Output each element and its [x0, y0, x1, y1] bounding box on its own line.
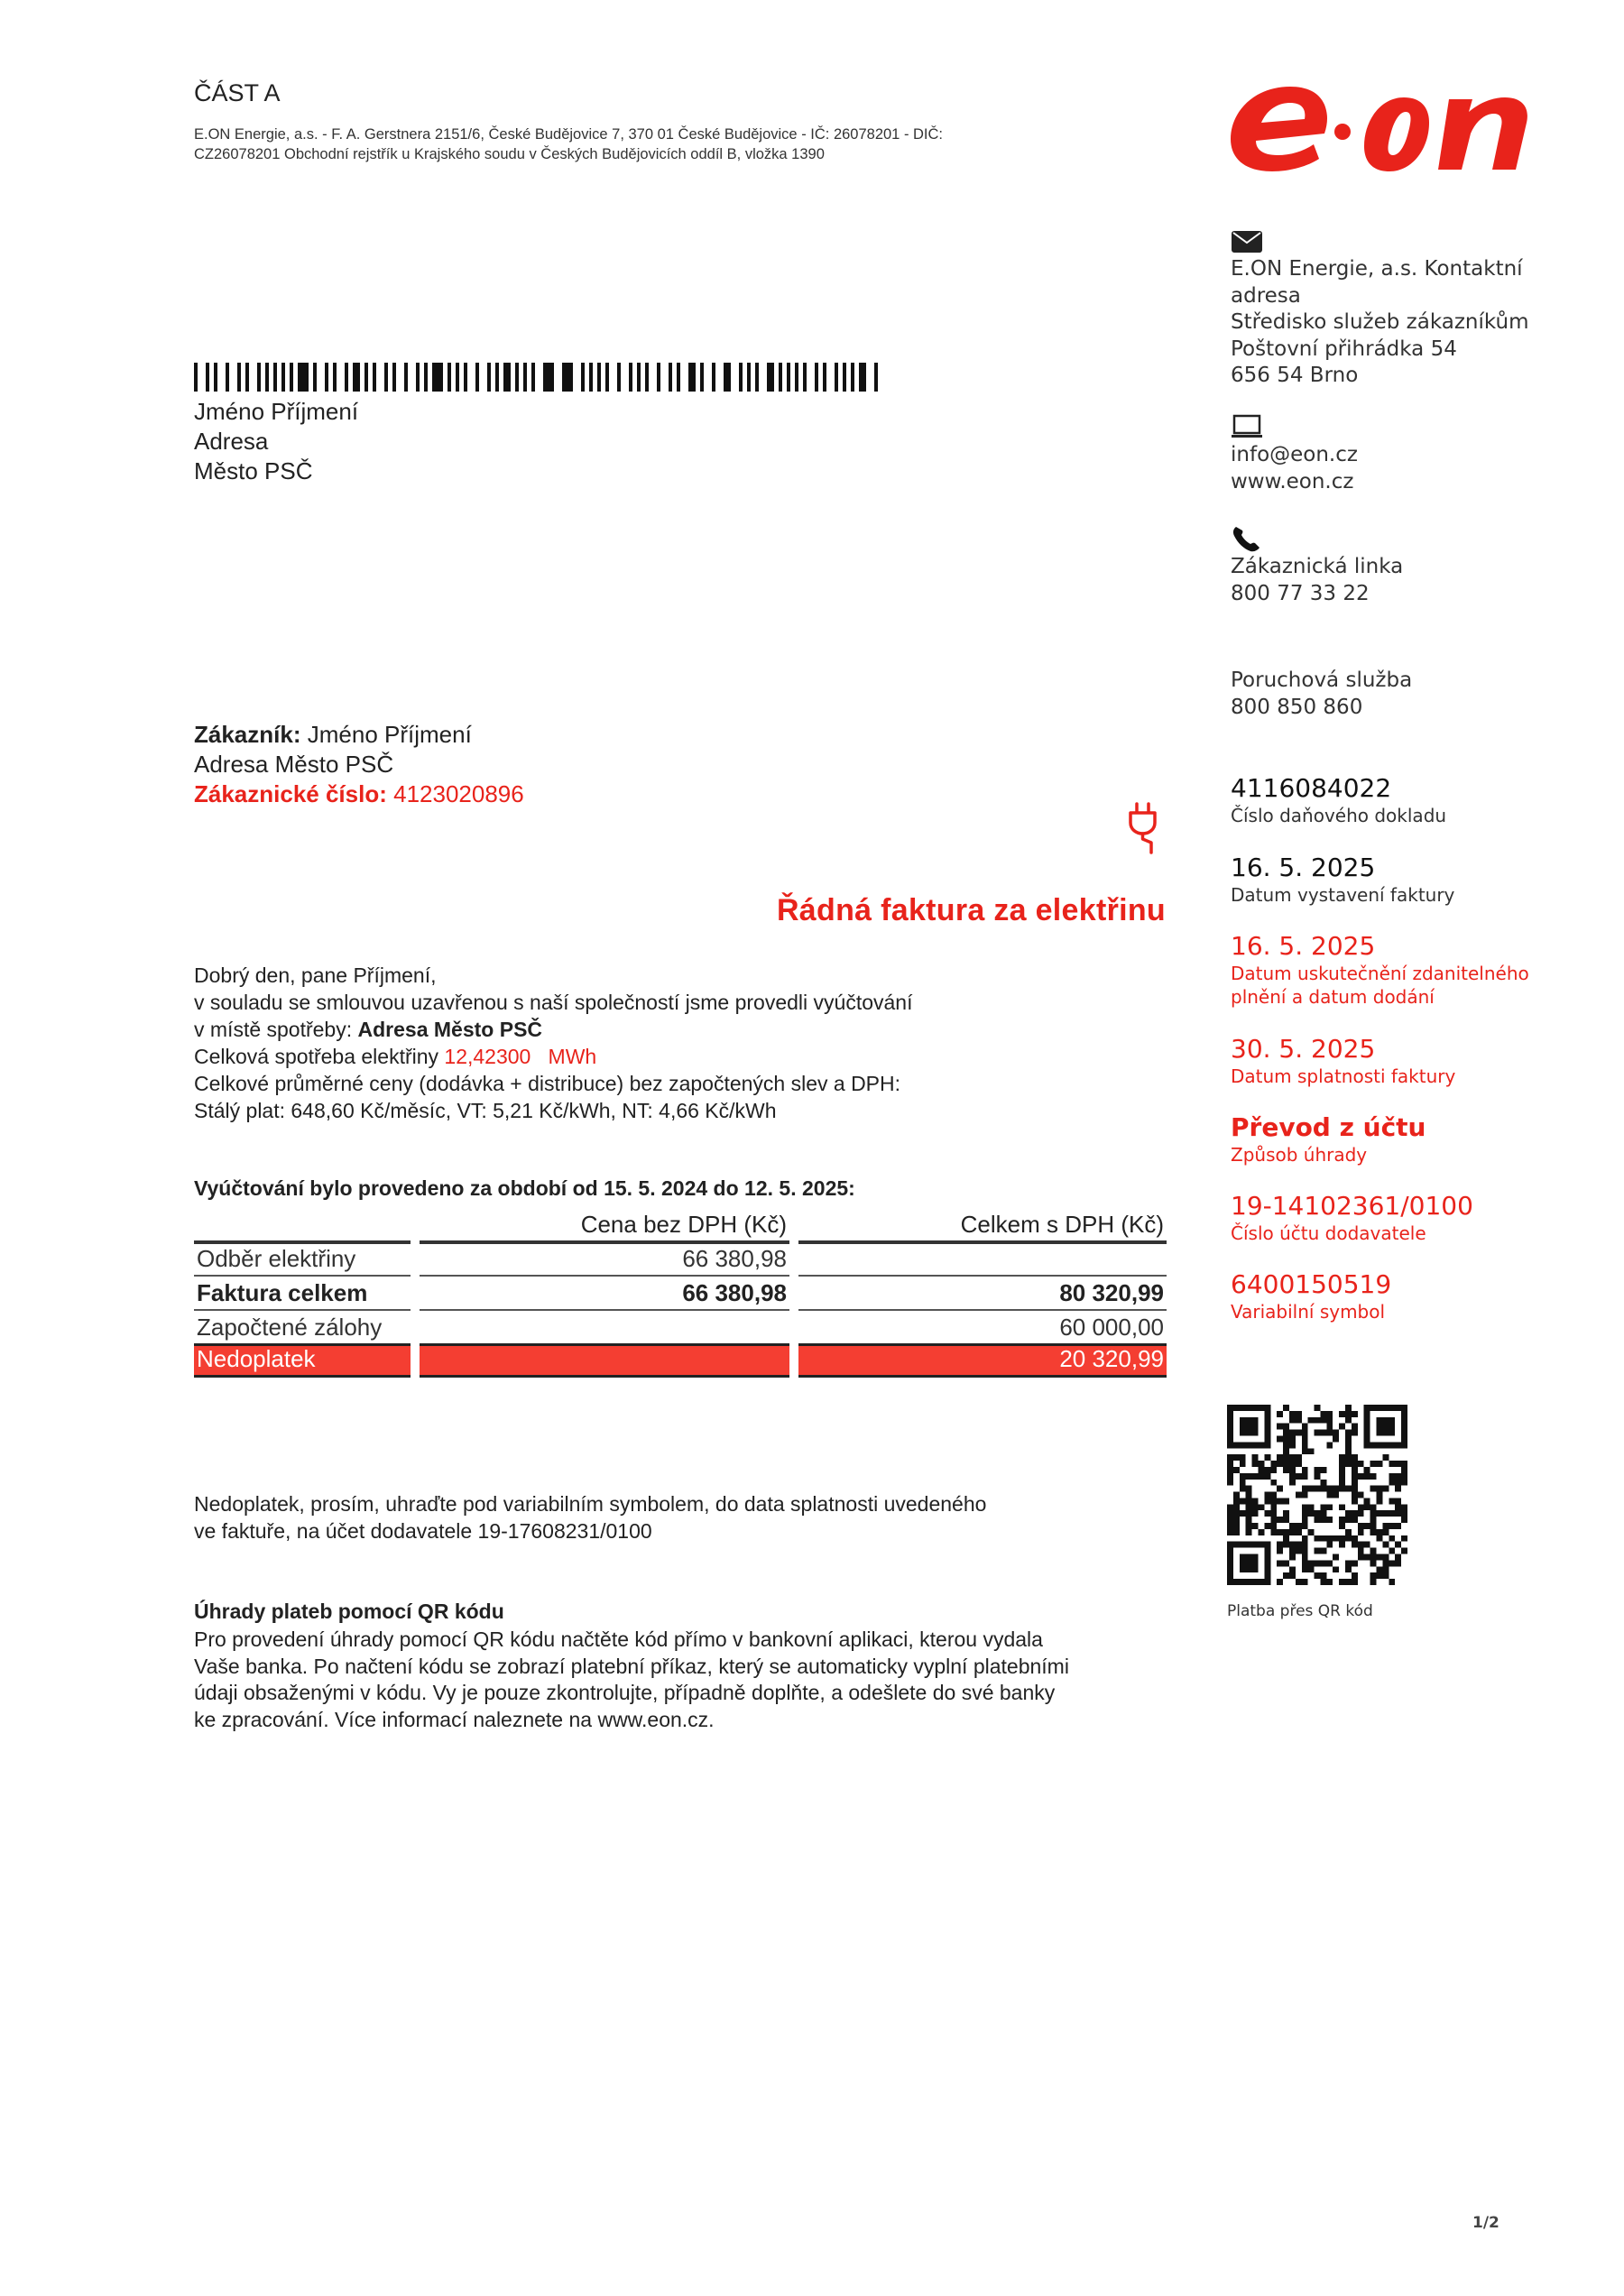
row-label: Odběr elektřiny	[194, 1240, 411, 1275]
envelope-icon	[1231, 227, 1263, 254]
average-prices-value: Stálý plat: 648,60 Kč/měsíc, VT: 5,21 Kč…	[194, 1097, 912, 1124]
table-row-underpayment: Nedoplatek 20 320,99	[194, 1343, 1167, 1378]
taxable-date: 16. 5. 2025	[1231, 931, 1573, 962]
supplier-account: 19-14102361/0100	[1231, 1191, 1573, 1222]
row-label: Faktura celkem	[194, 1275, 411, 1309]
billing-table: Cena bez DPH (Kč) Celkem s DPH (Kč) Odbě…	[194, 1206, 1167, 1378]
company-info-line: E.ON Energie, a.s. - F. A. Gerstnera 215…	[194, 124, 1060, 144]
variable-symbol-label: Variabilní symbol	[1231, 1300, 1573, 1323]
payment-note: Nedoplatek, prosím, uhraďte pod variabil…	[194, 1491, 986, 1544]
consumption-place: Adresa Město PSČ	[358, 1018, 543, 1041]
plug-icon	[1128, 801, 1158, 855]
row-net	[420, 1309, 789, 1343]
contact-address-line: Středisko služeb zákazníkům	[1231, 309, 1573, 337]
qr-info-line: ke zpracování. Více informací naleznete …	[194, 1707, 1195, 1734]
qr-info-line: údaji obsaženými v kódu. Vy je pouze zko…	[194, 1680, 1195, 1707]
supplier-account-label: Číslo účtu dodavatele	[1231, 1222, 1573, 1245]
billing-period: Vyúčtování bylo provedeno za období od 1…	[194, 1176, 855, 1201]
contact-hotline-block: Zákaznická linka 800 77 33 22	[1231, 525, 1573, 607]
contact-address-line: Poštovní přihrádka 54	[1231, 337, 1573, 364]
recipient-street: Adresa	[194, 427, 358, 456]
contact-address-line: E.ON Energie, a.s. Kontaktní	[1231, 256, 1573, 283]
payment-method: Převod z účtu	[1231, 1112, 1573, 1143]
consumption-unit: MWh	[549, 1045, 597, 1068]
payment-note-line: ve faktuře, na účet dodavatele 19-176082…	[194, 1518, 986, 1545]
due-date-label: Datum splatnosti faktury	[1231, 1065, 1573, 1088]
eon-logo	[1227, 70, 1552, 179]
taxable-date-label: Datum uskutečnění zdanitelného	[1231, 962, 1573, 985]
table-header: Cena bez DPH (Kč) Celkem s DPH (Kč)	[194, 1206, 1167, 1240]
column-header: Cena bez DPH (Kč)	[420, 1206, 789, 1240]
variable-symbol: 6400150519	[1231, 1269, 1573, 1300]
qr-info-text: Pro provedení úhrady pomocí QR kódu načt…	[194, 1627, 1195, 1733]
supplier-account-block: 19-14102361/0100 Číslo účtu dodavatele	[1231, 1191, 1573, 1245]
customer-number-label: Zákaznické číslo:	[194, 780, 387, 807]
table-row: Odběr elektřiny 66 380,98	[194, 1240, 1167, 1275]
payment-qr-code	[1227, 1405, 1407, 1585]
recipient-city: Město PSČ	[194, 456, 358, 486]
laptop-icon	[1231, 413, 1263, 440]
phone-icon	[1231, 525, 1263, 552]
column-header	[194, 1206, 411, 1240]
qr-caption: Platba přes QR kód	[1227, 1602, 1373, 1620]
row-label: Nedoplatek	[194, 1343, 411, 1378]
document-part-label: ČÁST A	[194, 79, 281, 107]
average-prices-label: Celkové průměrné ceny (dodávka + distrib…	[194, 1070, 912, 1097]
issue-date-label: Datum vystavení faktury	[1231, 883, 1573, 907]
customer-address: Adresa Město PSČ	[194, 750, 524, 779]
variable-symbol-block: 6400150519 Variabilní symbol	[1231, 1269, 1573, 1323]
letter-body: Dobrý den, pane Příjmení, v souladu se s…	[194, 962, 912, 1124]
fault-service-label: Poruchová služba	[1231, 668, 1573, 695]
tax-document-number: 4116084022	[1231, 773, 1573, 804]
customer-block: Zákazník: Jméno Příjmení Adresa Město PS…	[194, 720, 524, 809]
contact-address-line: 656 54 Brno	[1231, 363, 1573, 390]
company-info-line: CZ26078201 Obchodní rejstřík u Krajského…	[194, 144, 1060, 164]
payment-method-label: Způsob úhrady	[1231, 1143, 1573, 1166]
table-row: Započtené zálohy 60 000,00	[194, 1309, 1167, 1343]
due-date: 30. 5. 2025	[1231, 1034, 1573, 1065]
contact-fault-block: Poruchová služba 800 850 860	[1231, 668, 1573, 721]
row-gross: 20 320,99	[798, 1343, 1167, 1378]
tax-document-number-label: Číslo daňového dokladu	[1231, 804, 1573, 827]
customer-name: Jméno Příjmení	[308, 721, 472, 748]
company-info: E.ON Energie, a.s. - F. A. Gerstnera 215…	[194, 124, 1060, 164]
row-net	[420, 1343, 789, 1378]
document-title: Řádná faktura za elektřinu	[777, 893, 1166, 928]
taxable-date-block: 16. 5. 2025 Datum uskutečnění zdanitelné…	[1231, 931, 1573, 1009]
postal-barcode	[194, 363, 889, 392]
payment-note-line: Nedoplatek, prosím, uhraďte pod variabil…	[194, 1491, 986, 1518]
recipient-address: Jméno Příjmení Adresa Město PSČ	[194, 397, 358, 486]
taxable-date-label: plnění a datum dodání	[1231, 985, 1573, 1009]
customer-number: 4123020896	[393, 780, 524, 807]
fault-service-number[interactable]: 800 850 860	[1231, 695, 1573, 722]
contact-website[interactable]: www.eon.cz	[1231, 469, 1573, 496]
letter-intro: v souladu se smlouvou uzavřenou s naší s…	[194, 989, 912, 1016]
contact-web-block: info@eon.cz www.eon.cz	[1231, 413, 1573, 495]
row-gross: 60 000,00	[798, 1309, 1167, 1343]
row-gross	[798, 1240, 1167, 1275]
recipient-name: Jméno Příjmení	[194, 397, 358, 427]
column-header: Celkem s DPH (Kč)	[798, 1206, 1167, 1240]
row-gross: 80 320,99	[798, 1275, 1167, 1309]
contact-email[interactable]: info@eon.cz	[1231, 442, 1573, 469]
qr-info-heading: Úhrady plateb pomocí QR kódu	[194, 1600, 504, 1624]
qr-info-line: Vaše banka. Po načtení kódu se zobrazí p…	[194, 1654, 1195, 1681]
contact-address-line: adresa	[1231, 283, 1573, 310]
due-date-block: 30. 5. 2025 Datum splatnosti faktury	[1231, 1034, 1573, 1088]
row-net: 66 380,98	[420, 1240, 789, 1275]
payment-method-block: Převod z účtu Způsob úhrady	[1231, 1112, 1573, 1166]
hotline-label: Zákaznická linka	[1231, 554, 1573, 581]
consumption-value: 12,42300	[444, 1045, 531, 1068]
row-label: Započtené zálohy	[194, 1309, 411, 1343]
contact-address-block: E.ON Energie, a.s. Kontaktní adresa Stře…	[1231, 227, 1573, 390]
table-row: Faktura celkem 66 380,98 80 320,99	[194, 1275, 1167, 1309]
page-number: 1/2	[1472, 2214, 1499, 2232]
letter-greeting: Dobrý den, pane Příjmení,	[194, 962, 912, 989]
tax-document-number-block: 4116084022 Číslo daňového dokladu	[1231, 773, 1573, 827]
consumption-place-label: v místě spotřeby:	[194, 1018, 358, 1041]
consumption-label: Celková spotřeba elektřiny	[194, 1045, 444, 1068]
issue-date: 16. 5. 2025	[1231, 853, 1573, 883]
issue-date-block: 16. 5. 2025 Datum vystavení faktury	[1231, 853, 1573, 907]
row-net: 66 380,98	[420, 1275, 789, 1309]
customer-label: Zákazník:	[194, 721, 301, 748]
hotline-number[interactable]: 800 77 33 22	[1231, 581, 1573, 608]
qr-info-line: Pro provedení úhrady pomocí QR kódu načt…	[194, 1627, 1195, 1654]
